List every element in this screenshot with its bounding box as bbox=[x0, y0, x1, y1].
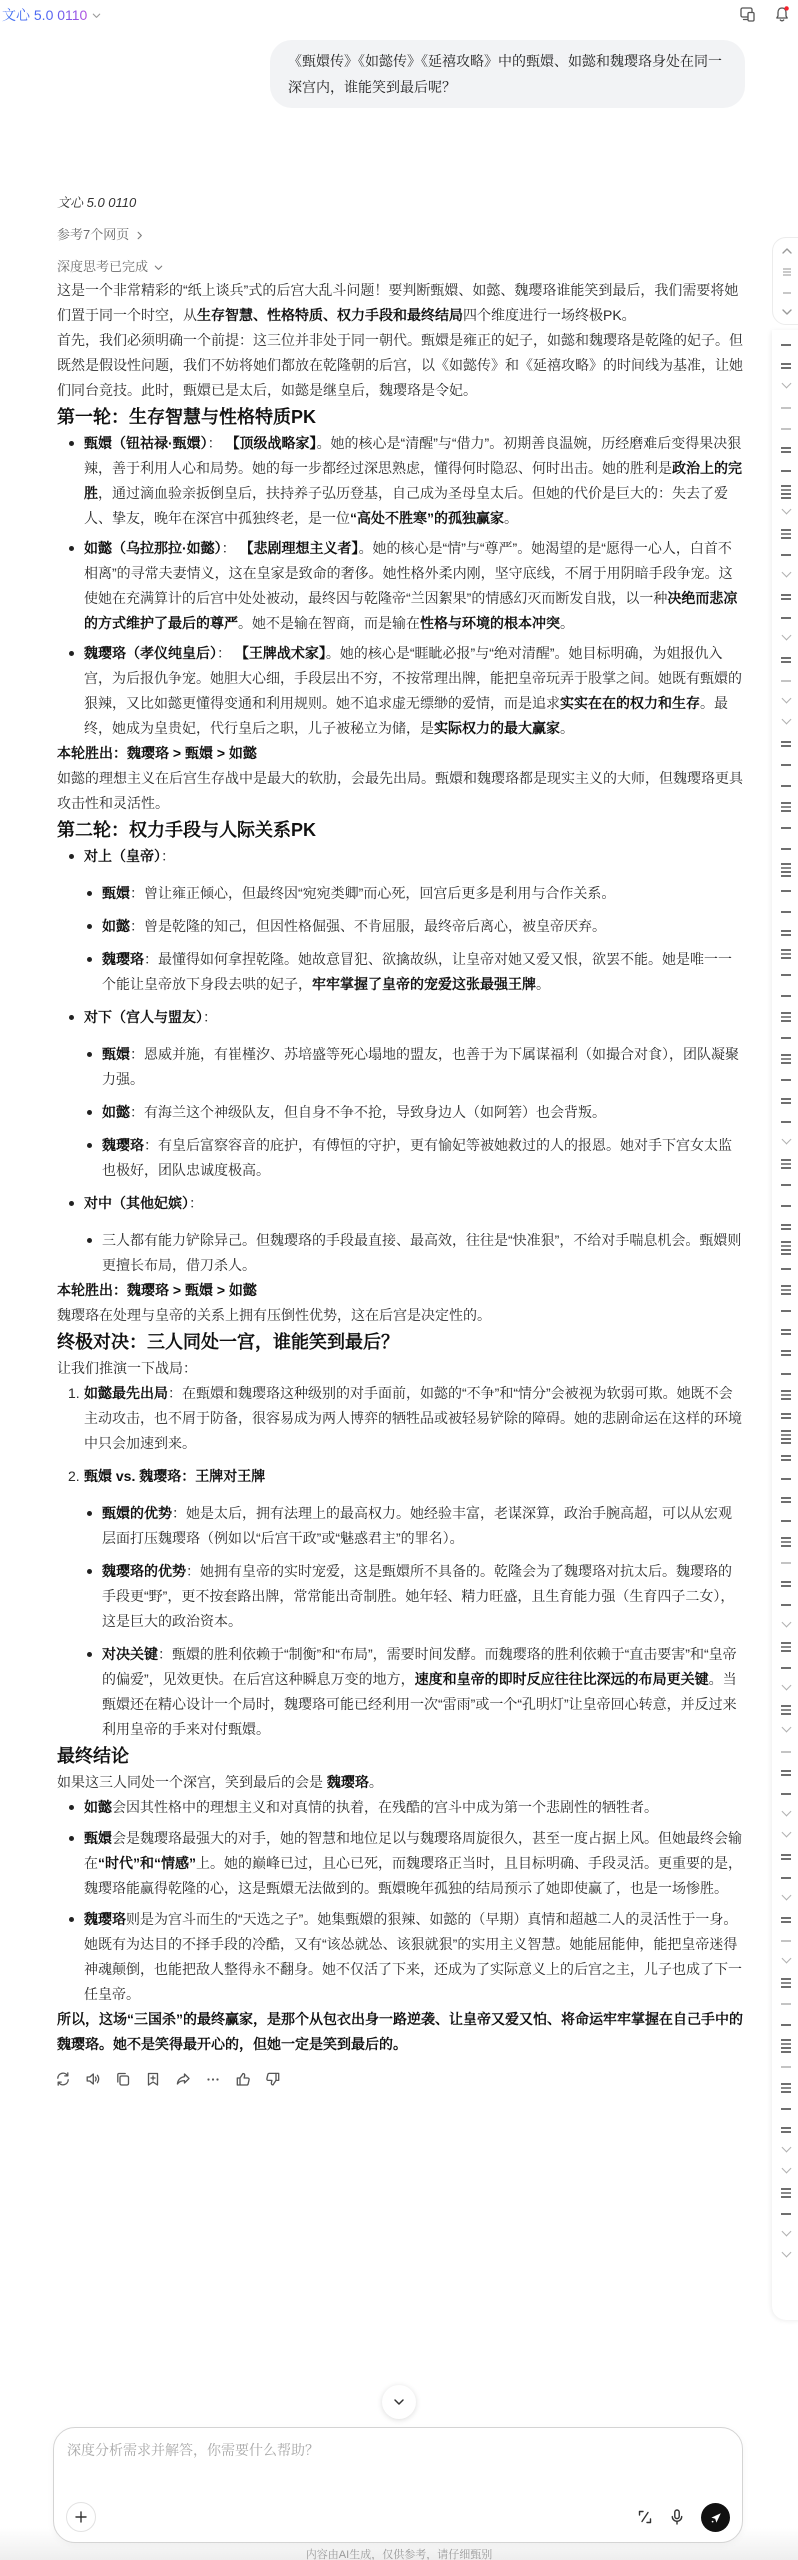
conversation-navigator-controls bbox=[772, 237, 798, 325]
text-segment: 会因其性格中的理想主义和对真情的执着，在残酷的宫斗中成为第一个悲剧性的牺牲者。 bbox=[112, 1799, 658, 1815]
list-item: 如懿（乌拉那拉·如懿）： 【悲剧理想主义者】。她的核心是“情”与“尊严”。她渴望… bbox=[84, 536, 745, 636]
text-segment: ： bbox=[203, 1009, 217, 1025]
bold-text: 魏璎珞 bbox=[327, 1774, 369, 1790]
navigator-mark[interactable] bbox=[772, 1258, 798, 1279]
navigator-mark[interactable] bbox=[772, 1972, 798, 1993]
navigator-mark[interactable] bbox=[772, 2119, 798, 2140]
navigator-mark[interactable] bbox=[772, 544, 798, 565]
list-item: 甄嬛：恩威并施，有崔槿汐、苏培盛等死心塌地的盟友，也善于为下属谋福利（如撮合对食… bbox=[102, 1042, 745, 1092]
navigator-mark[interactable] bbox=[772, 1720, 798, 1741]
group-label: 对中（其他妃嫔） bbox=[84, 1195, 189, 1211]
bold-text: 所以，这场“三国杀”的最终赢家，是那个从包衣出身一路逆袭、让皇帝又爱又怕、将命运… bbox=[57, 2011, 743, 2052]
bold-text: “高处不胜寒”的孤独赢家 bbox=[350, 510, 504, 526]
navigator-mark[interactable] bbox=[772, 1447, 798, 1468]
bold-text: 甄嬛 bbox=[84, 1830, 112, 1846]
navigator-mark[interactable] bbox=[772, 1930, 798, 1951]
text-segment: 则是为宫斗而生的“天选之子”。她集甄嬛的狠辣、如懿的（早期）真情和超越二人的灵活… bbox=[84, 1911, 742, 2002]
bold-text: 甄嬛（钮祜禄·甄嬛） bbox=[84, 435, 208, 451]
navigator-mark[interactable] bbox=[772, 1699, 798, 1720]
navigator-mark[interactable] bbox=[772, 1069, 798, 1090]
text-segment: 如果这三人同处一个深宫，笑到最后的会是 bbox=[57, 1774, 327, 1790]
navigator-mark[interactable] bbox=[772, 1363, 798, 1384]
message-input[interactable] bbox=[67, 2438, 727, 2490]
navigator-mark[interactable] bbox=[772, 1510, 798, 1531]
section-heading-showdown: 终极对决：三人同处一宫，谁能笑到最后？ bbox=[57, 1328, 745, 1356]
navigator-mark[interactable] bbox=[772, 2224, 798, 2245]
refresh-icon[interactable] bbox=[55, 2071, 71, 2087]
navigator-mark[interactable] bbox=[772, 2161, 798, 2182]
send-button[interactable] bbox=[701, 2503, 730, 2532]
text-segment: ： bbox=[189, 1195, 203, 1211]
bold-text: 如懿 bbox=[102, 918, 130, 934]
tools-button[interactable] bbox=[636, 2508, 654, 2526]
list-item: 魏璎珞则是为宫斗而生的“天选之子”。她集甄嬛的狠辣、如懿的（早期）真情和超越二人… bbox=[84, 1907, 745, 2007]
text-segment: ：她拥有皇帝的实时宠爱，这是甄嬛所不具备的。乾隆会为了魏璎珞对抗太后。魏璎珞的手… bbox=[102, 1563, 734, 1629]
navigator-mark[interactable] bbox=[772, 397, 798, 418]
list-item: 如懿：有海兰这个神级队友，但自身不争不抢，导致身边人（如阿箬）也会背叛。 bbox=[102, 1100, 745, 1125]
navigator-mark[interactable] bbox=[772, 964, 798, 985]
dash-icon[interactable] bbox=[780, 286, 794, 300]
list-icon[interactable] bbox=[780, 265, 794, 279]
navigator-mark[interactable] bbox=[772, 1636, 798, 1657]
navigator-mark[interactable] bbox=[772, 1153, 798, 1174]
showdown-steps: 1.如懿最先出局：在甄嬛和魏璎珞这种级别的对手面前，如懿的“不争”和“情分”会被… bbox=[57, 1381, 745, 1742]
chevron-down-icon bbox=[153, 262, 164, 273]
bold-text: 牢牢掌握了皇帝的宠爱这张最强王牌 bbox=[312, 976, 536, 992]
navigator-mark[interactable] bbox=[772, 1531, 798, 1552]
bold-text: 甄嬛的优势 bbox=[102, 1505, 172, 1521]
navigator-mark[interactable] bbox=[772, 2014, 798, 2035]
mic-icon bbox=[668, 2508, 686, 2526]
text-segment: ：她是太后，拥有法理上的最高权力。她经验丰富，老谋深算，政治手腕高超，可以从宏观… bbox=[102, 1505, 732, 1546]
list-item: 魏璎珞：有皇后富察容音的庇护，有傅恒的守护，更有愉妃等被她救过的人的报恩。她对手… bbox=[102, 1133, 745, 1183]
bold-text: 甄嬛 vs. 魏璎珞：王牌对王牌 bbox=[84, 1468, 265, 1484]
navigator-mark[interactable] bbox=[772, 859, 798, 880]
text-segment: ： bbox=[161, 848, 175, 864]
bold-text: 本轮胜出：魏璎珞 > 甄嬛 > 如懿 bbox=[57, 1282, 257, 1298]
model-label: 文心 5.0 0110 bbox=[57, 192, 745, 214]
share-icon[interactable] bbox=[175, 2071, 191, 2087]
bold-text: “时代”和“情感” bbox=[98, 1855, 196, 1871]
bold-text: 如懿 bbox=[84, 1799, 112, 1815]
thumbs-down-icon[interactable] bbox=[265, 2071, 281, 2087]
references-toggle[interactable]: 参考7个网页 bbox=[57, 224, 145, 246]
list-item: 魏璎珞：最懂得如何拿捏乾隆。她故意冒犯、欲擒故纵，让皇帝对她又爱又恨，欲罢不能。… bbox=[102, 947, 745, 997]
navigator-mark[interactable] bbox=[772, 1489, 798, 1510]
text-segment: ： bbox=[222, 540, 240, 556]
header-actions bbox=[739, 5, 791, 23]
navigator-mark[interactable] bbox=[772, 2203, 798, 2224]
text-segment: 。 bbox=[560, 615, 574, 631]
navigator-mark[interactable] bbox=[772, 2182, 798, 2203]
ordered-list-item: 1.如懿最先出局：在甄嬛和魏璎珞这种级别的对手面前，如懿的“不争”和“情分”会被… bbox=[84, 1381, 745, 1456]
navigator-mark[interactable] bbox=[772, 1048, 798, 1069]
device-switch-icon[interactable] bbox=[739, 5, 757, 23]
model-switcher[interactable]: 文心 5.0 0110 bbox=[2, 6, 102, 24]
bold-text: 甄嬛 bbox=[102, 885, 130, 901]
navigator-mark[interactable] bbox=[772, 1300, 798, 1321]
navigator-mark[interactable] bbox=[772, 1741, 798, 1762]
text-segment: 四个维度进行一场终极PK。 bbox=[463, 307, 636, 323]
more-icon[interactable] bbox=[205, 2071, 221, 2087]
navigator-mark[interactable] bbox=[772, 607, 798, 628]
navigator-mark[interactable] bbox=[772, 334, 798, 355]
list-item: 甄嬛的优势：她是太后，拥有法理上的最高权力。她经验丰富，老谋深算，政治手腕高超，… bbox=[102, 1501, 745, 1551]
thumbs-up-icon[interactable] bbox=[235, 2071, 251, 2087]
assistant-message: 文心 5.0 0110 参考7个网页 深度思考已完成 这是一个非常精彩的“纸上谈… bbox=[57, 192, 745, 2089]
navigator-mark[interactable] bbox=[772, 1825, 798, 1846]
navigator-mark[interactable] bbox=[772, 775, 798, 796]
navigator-mark[interactable] bbox=[772, 2077, 798, 2098]
navigator-mark[interactable] bbox=[772, 1678, 798, 1699]
section-heading-round1: 第一轮：生存智慧与性格特质PK bbox=[57, 403, 745, 431]
round2-list: 对上（皇帝）： 甄嬛：曾让雍正倾心，但最终因“宛宛类卿”而心死，回宫后更多是利用… bbox=[57, 844, 745, 1278]
list-item-group: 对上（皇帝）： 甄嬛：曾让雍正倾心，但最终因“宛宛类卿”而心死，回宫后更多是利用… bbox=[84, 844, 745, 997]
text-segment: ：曾让雍正倾心，但最终因“宛宛类卿”而心死，回宫后更多是利用与合作关系。 bbox=[130, 885, 615, 901]
bold-text: 【悲剧理想主义者】 bbox=[240, 540, 359, 556]
deep-thinking-toggle[interactable]: 深度思考已完成 bbox=[57, 256, 164, 278]
chevron-up-icon[interactable] bbox=[780, 244, 794, 258]
conclusion-lead: 如果这三人同处一个深宫，笑到最后的会是 魏璎珞。 bbox=[57, 1770, 745, 1795]
navigator-mark[interactable] bbox=[772, 1405, 798, 1426]
sub-list: 三人都有能力铲除异己。但魏璎珞的手段最直接、最高效，往往是“快准狠”，不给对手喘… bbox=[84, 1228, 745, 1278]
navigator-mark[interactable] bbox=[772, 418, 798, 439]
step-number: 1. bbox=[68, 1381, 80, 1406]
navigator-mark[interactable] bbox=[772, 460, 798, 481]
navigator-mark[interactable] bbox=[772, 733, 798, 754]
navigator-mark[interactable] bbox=[772, 2056, 798, 2077]
closing-paragraph: 所以，这场“三国杀”的最终赢家，是那个从包衣出身一路逆袭、让皇帝又爱又怕、将命运… bbox=[57, 2007, 745, 2057]
navigator-mark[interactable] bbox=[772, 1216, 798, 1237]
navigator-mark[interactable] bbox=[772, 901, 798, 922]
navigator-mark[interactable] bbox=[772, 838, 798, 859]
bold-text: 对决关键 bbox=[102, 1646, 158, 1662]
message-actions bbox=[55, 2069, 745, 2089]
navigator-mark[interactable] bbox=[772, 1594, 798, 1615]
round1-summary: 如懿的理想主义在后宫生存战中是最大的软肋，会最先出局。甄嬛和魏璎珞都是现实主义的… bbox=[57, 766, 745, 816]
navigator-mark[interactable] bbox=[772, 1573, 798, 1594]
ordered-list-item: 2.甄嬛 vs. 魏璎珞：王牌对王牌 甄嬛的优势：她是太后，拥有法理上的最高权力… bbox=[84, 1464, 745, 1742]
navigator-mark[interactable] bbox=[772, 817, 798, 838]
text-segment: 。 bbox=[504, 510, 518, 526]
navigator-mark[interactable] bbox=[772, 1006, 798, 1027]
conclusion-list: 如懿会因其性格中的理想主义和对真情的执着，在残酷的宫斗中成为第一个悲剧性的牺牲者… bbox=[57, 1795, 745, 2007]
list-item: 甄嬛：曾让雍正倾心，但最终因“宛宛类卿”而心死，回宫后更多是利用与合作关系。 bbox=[102, 881, 745, 906]
group-label: 对上（皇帝） bbox=[84, 848, 161, 864]
bell-icon[interactable] bbox=[773, 5, 791, 23]
user-message-text: 《甄嬛传》《如懿传》《延禧攻略》中的甄嬛、如懿和魏璎珞身处在同一深宫内，谁能笑到… bbox=[288, 53, 722, 95]
navigator-mark[interactable] bbox=[772, 565, 798, 586]
list-item: 如懿：曾是乾隆的知己，但因性格倔强、不肯屈服，最终帝后离心，被皇帝厌弃。 bbox=[102, 914, 745, 939]
round1-list: 甄嬛（钮祜禄·甄嬛）： 【顶级战略家】。她的核心是“清醒”与“借力”。初期善良温… bbox=[57, 431, 745, 741]
text-segment: 。 bbox=[536, 976, 550, 992]
section-heading-conclusion: 最终结论 bbox=[57, 1742, 745, 1770]
user-message-bubble: 《甄嬛传》《如懿传》《延禧攻略》中的甄嬛、如懿和魏璎珞身处在同一深宫内，谁能笑到… bbox=[270, 40, 745, 108]
navigator-mark[interactable] bbox=[772, 1174, 798, 1195]
navigator-mark[interactable] bbox=[772, 1951, 798, 1972]
list-item-group: 对下（宫人与盟友）： 甄嬛：恩威并施，有崔槿汐、苏培盛等死心塌地的盟友，也善于为… bbox=[84, 1005, 745, 1183]
navigator-mark[interactable] bbox=[772, 1342, 798, 1363]
navigator-mark[interactable] bbox=[772, 670, 798, 691]
navigator-mark[interactable] bbox=[772, 1552, 798, 1573]
bold-text: 实实在在的权力和生存 bbox=[560, 695, 700, 711]
list-item: 甄嬛（钮祜禄·甄嬛）： 【顶级战略家】。她的核心是“清醒”与“借力”。初期善良温… bbox=[84, 431, 745, 531]
sub-list: 甄嬛的优势：她是太后，拥有法理上的最高权力。她经验丰富，老谋深算，政治手腕高超，… bbox=[84, 1501, 745, 1742]
navigator-mark[interactable] bbox=[772, 880, 798, 901]
navigator-mark[interactable] bbox=[772, 1090, 798, 1111]
bold-text: 生存智慧、性格特质、权力手段和最终结局 bbox=[197, 307, 463, 323]
navigator-mark[interactable] bbox=[772, 628, 798, 649]
text-segment: 。她不是输在智商，而是输在 bbox=[238, 615, 420, 631]
text-segment: 三人都有能力铲除异己。但魏璎珞的手段最直接、最高效，往往是“快准狠”，不给对手喘… bbox=[102, 1232, 741, 1273]
navigator-marks bbox=[772, 330, 798, 2320]
bold-text: 如懿（乌拉那拉·如懿） bbox=[84, 540, 222, 556]
bold-text: 【王牌战术家】 bbox=[235, 645, 326, 661]
bookmark-plus-icon[interactable] bbox=[145, 2071, 161, 2087]
bold-text: 【顶级战略家】 bbox=[226, 435, 317, 451]
chevron-down-icon bbox=[91, 10, 102, 21]
text-segment: 。 bbox=[369, 1774, 383, 1790]
text-segment: 。 bbox=[560, 720, 574, 736]
list-item: 对决关键：甄嬛的胜利依赖于“制衡”和“布局”，需要时间发酵。而魏璎珞的胜利依赖于… bbox=[102, 1642, 745, 1742]
bold-text: 实际权力的最大赢家 bbox=[434, 720, 560, 736]
navigator-mark[interactable] bbox=[772, 2035, 798, 2056]
navigator-mark[interactable] bbox=[772, 1279, 798, 1300]
navigator-mark[interactable] bbox=[772, 922, 798, 943]
add-attachment-button[interactable] bbox=[66, 2502, 96, 2532]
intro-paragraph: 这是一个非常精彩的“纸上谈兵”式的后宫大乱斗问题！要判断甄嬛、如懿、魏璎珞谁能笑… bbox=[57, 278, 745, 328]
navigator-mark[interactable] bbox=[772, 1846, 798, 1867]
speaker-icon[interactable] bbox=[85, 2071, 101, 2087]
navigator-mark[interactable] bbox=[772, 1426, 798, 1447]
list-item-group: 对中（其他妃嫔）： 三人都有能力铲除异己。但魏璎珞的手段最直接、最高效，往往是“… bbox=[84, 1191, 745, 1278]
plus-icon bbox=[73, 2509, 89, 2525]
navigator-mark[interactable] bbox=[772, 691, 798, 712]
deep-thinking-label: 深度思考已完成 bbox=[57, 256, 148, 278]
sub-list: 甄嬛：曾让雍正倾心，但最终因“宛宛类卿”而心死，回宫后更多是利用与合作关系。 如… bbox=[84, 881, 745, 997]
navigator-mark[interactable] bbox=[772, 586, 798, 607]
list-item: 甄嬛会是魏璎珞最强大的对手，她的智慧和地位足以与魏璎珞周旋很久，甚至一度占据上风… bbox=[84, 1826, 745, 1901]
group-label: 对下（宫人与盟友） bbox=[84, 1009, 203, 1025]
navigator-mark[interactable] bbox=[772, 481, 798, 502]
bold-text: 性格与环境的根本冲突 bbox=[420, 615, 560, 631]
navigator-mark[interactable] bbox=[772, 502, 798, 523]
sub-list: 甄嬛：恩威并施，有崔槿汐、苏培盛等死心塌地的盟友，也善于为下属谋福利（如撮合对食… bbox=[84, 1042, 745, 1183]
navigator-mark[interactable] bbox=[772, 985, 798, 1006]
navigator-mark[interactable] bbox=[772, 1993, 798, 2014]
list-item: 魏璎珞的优势：她拥有皇帝的实时宠爱，这是甄嬛所不具备的。乾隆会为了魏璎珞对抗太后… bbox=[102, 1559, 745, 1634]
text-segment: ：在甄嬛和魏璎珞这种级别的对手面前，如懿的“不争”和“情分”会被视为软弱可欺。她… bbox=[84, 1385, 742, 1451]
text-segment: ：有皇后富察容音的庇护，有傅恒的守护，更有愉妃等被她救过的人的报恩。她对手下宫女… bbox=[102, 1137, 732, 1178]
list-item: 三人都有能力铲除异己。但魏璎珞的手段最直接、最高效，往往是“快准狠”，不给对手喘… bbox=[102, 1228, 745, 1278]
round2-winner: 本轮胜出：魏璎珞 > 甄嬛 > 如懿 bbox=[57, 1278, 745, 1303]
text-segment: ：有海兰这个神级队友，但自身不争不抢，导致身边人（如阿箬）也会背叛。 bbox=[130, 1104, 606, 1120]
navigator-mark[interactable] bbox=[772, 1132, 798, 1153]
bold-text: 魏璎珞 bbox=[102, 1137, 144, 1153]
navigator-mark[interactable] bbox=[772, 439, 798, 460]
bold-text: 魏璎珞的优势 bbox=[102, 1563, 186, 1579]
navigator-mark[interactable] bbox=[772, 1027, 798, 1048]
list-item: 如懿会因其性格中的理想主义和对真情的执着，在残酷的宫斗中成为第一个悲剧性的牺牲者… bbox=[84, 1795, 745, 1820]
bold-text: 如懿最先出局 bbox=[84, 1385, 168, 1401]
navigator-mark[interactable] bbox=[772, 1657, 798, 1678]
navigator-mark[interactable] bbox=[772, 1762, 798, 1783]
navigator-mark[interactable] bbox=[772, 1909, 798, 1930]
text-segment: ：恩威并施，有崔槿汐、苏培盛等死心塌地的盟友，也善于为下属谋福利（如撮合对食），… bbox=[102, 1046, 739, 1087]
references-label: 参考7个网页 bbox=[57, 224, 129, 246]
navigator-mark[interactable] bbox=[772, 523, 798, 544]
app-title: 文心 5.0 0110 bbox=[2, 6, 87, 24]
chevron-down-icon[interactable] bbox=[780, 305, 794, 319]
navigator-mark[interactable] bbox=[772, 1321, 798, 1342]
bold-text: 魏璎珞 bbox=[102, 951, 144, 967]
navigator-mark[interactable] bbox=[772, 649, 798, 670]
navigator-mark[interactable] bbox=[772, 1804, 798, 1825]
navigator-mark[interactable] bbox=[772, 1888, 798, 1909]
navigator-mark[interactable] bbox=[772, 1615, 798, 1636]
navigator-mark[interactable] bbox=[772, 943, 798, 964]
showdown-lead: 让我们推演一下战局： bbox=[57, 1356, 745, 1381]
navigator-mark[interactable] bbox=[772, 1783, 798, 1804]
navigator-mark[interactable] bbox=[772, 712, 798, 733]
navigator-mark[interactable] bbox=[772, 1468, 798, 1489]
list-item: 魏璎珞（孝仪纯皇后）： 【王牌战术家】。她的核心是“睚眦必报”与“绝对清醒”。她… bbox=[84, 641, 745, 741]
navigator-mark[interactable] bbox=[772, 1195, 798, 1216]
round2-summary: 魏璎珞在处理与皇帝的关系上拥有压倒性优势，这在后宫是决定性的。 bbox=[57, 1303, 745, 1328]
voice-input-button[interactable] bbox=[668, 2508, 686, 2526]
bold-text: 速度和皇帝的即时反应往往比深远的布局更关键 bbox=[415, 1671, 709, 1687]
navigator-mark[interactable] bbox=[772, 1237, 798, 1258]
navigator-mark[interactable] bbox=[772, 355, 798, 376]
navigator-mark[interactable] bbox=[772, 2098, 798, 2119]
bold-text: 如懿 bbox=[102, 1104, 130, 1120]
ai-disclaimer: 内容由AI生成，仅供参考，请仔细甄别 bbox=[0, 2548, 798, 2560]
chat-composer bbox=[53, 2427, 743, 2543]
navigator-mark[interactable] bbox=[772, 2245, 798, 2266]
scroll-to-bottom-button[interactable] bbox=[382, 2385, 416, 2419]
bold-text: 魏璎珞（孝仪纯皇后） bbox=[84, 645, 217, 661]
text-segment: ： bbox=[217, 645, 235, 661]
navigator-mark[interactable] bbox=[772, 796, 798, 817]
section-heading-round2: 第二轮：权力手段与人际关系PK bbox=[57, 816, 745, 844]
navigator-mark[interactable] bbox=[772, 376, 798, 397]
navigator-mark[interactable] bbox=[772, 1867, 798, 1888]
bold-text: 本轮胜出：魏璎珞 > 甄嬛 > 如懿 bbox=[57, 745, 257, 761]
send-icon bbox=[708, 2510, 724, 2526]
navigator-mark[interactable] bbox=[772, 754, 798, 775]
text-segment: ：曾是乾隆的知己，但因性格倔强、不肯屈服，最终帝后离心，被皇帝厌弃。 bbox=[130, 918, 606, 934]
copy-icon[interactable] bbox=[115, 2071, 131, 2087]
bold-text: 魏璎珞 bbox=[84, 1911, 126, 1927]
round1-winner: 本轮胜出：魏璎珞 > 甄嬛 > 如懿 bbox=[57, 741, 745, 766]
navigator-mark[interactable] bbox=[772, 1384, 798, 1405]
chevron-right-icon bbox=[134, 230, 145, 241]
navigator-mark[interactable] bbox=[772, 1111, 798, 1132]
premise-paragraph: 首先，我们必须明确一个前提：这三位并非处于同一朝代。甄嬛是雍正的妃子，如懿和魏璎… bbox=[57, 328, 745, 403]
chevron-down-icon bbox=[390, 2393, 408, 2411]
step-number: 2. bbox=[68, 1464, 80, 1489]
navigator-mark[interactable] bbox=[772, 2140, 798, 2161]
bold-text: 甄嬛 bbox=[102, 1046, 130, 1062]
text-segment: ： bbox=[208, 435, 226, 451]
tools-icon bbox=[636, 2508, 654, 2526]
